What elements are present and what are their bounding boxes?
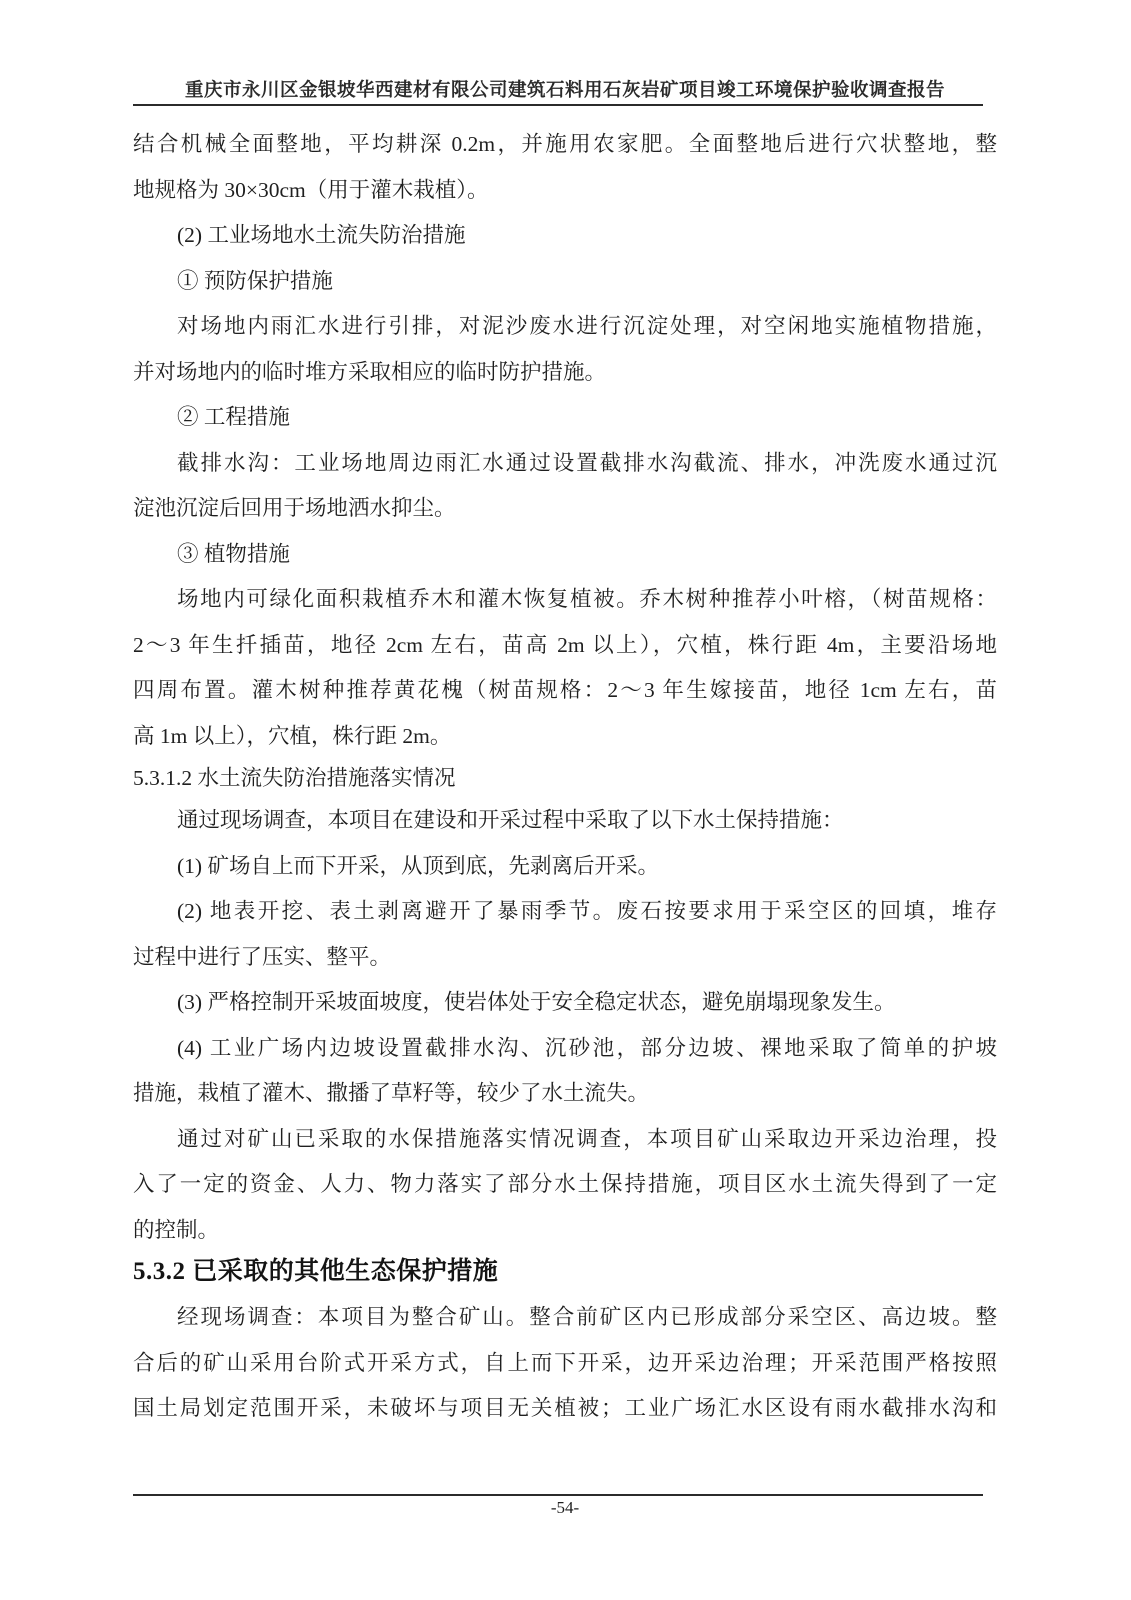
text-line: (3) 严格控制开采坡面坡度，使岩体处于安全稳定状态，避免崩塌现象发生。	[133, 980, 997, 1026]
text-line: 过程中进行了压实、整平。	[133, 935, 997, 981]
text-line: 结合机械全面整地，平均耕深 0.2m，并施用农家肥。全面整地后进行穴状整地，整	[133, 122, 997, 168]
text-line: ② 工程措施	[133, 395, 997, 441]
header-title: 重庆市永川区金银坡华西建材有限公司建筑石料用石灰岩矿项目竣工环境保护验收调查报告	[133, 78, 997, 104]
text-line: 四周布置。灌木树种推荐黄花槐（树苗规格：2～3 年生嫁接苗，地径 1cm 左右，…	[133, 668, 997, 714]
text-line: ① 预防保护措施	[133, 259, 997, 305]
text-line: 入了一定的资金、人力、物力落实了部分水土保持措施，项目区水土流失得到了一定	[133, 1162, 997, 1208]
text-line: 2～3 年生扦插苗，地径 2cm 左右，苗高 2m 以上），穴植，株行距 4m，…	[133, 623, 997, 669]
text-line: (2) 地表开挖、表土剥离避开了暴雨季节。废石按要求用于采空区的回填，堆存	[133, 889, 997, 935]
page-header: 重庆市永川区金银坡华西建材有限公司建筑石料用石灰岩矿项目竣工环境保护验收调查报告	[133, 78, 997, 104]
text-line: 并对场地内的临时堆方采取相应的临时防护措施。	[133, 350, 997, 396]
text-line: 的控制。	[133, 1208, 997, 1254]
text-line: 对场地内雨汇水进行引排，对泥沙废水进行沉淀处理，对空闲地实施植物措施，	[133, 304, 997, 350]
section-heading: 5.3.2 已采取的其他生态保护措施	[133, 1251, 997, 1293]
text-line: (4) 工业广场内边坡设置截排水沟、沉砂池，部分边坡、裸地采取了简单的护坡	[133, 1026, 997, 1072]
text-line: 通过对矿山已采取的水保措施落实情况调查，本项目矿山采取边开采边治理，投	[133, 1117, 997, 1163]
text-line: 淀池沉淀后回用于场地洒水抑尘。	[133, 486, 997, 532]
text-line: 通过现场调查，本项目在建设和开采过程中采取了以下水土保持措施：	[133, 798, 997, 844]
text-line: 经现场调查：本项目为整合矿山。整合前矿区内已形成部分采空区、高边坡。整	[133, 1295, 997, 1341]
text-line: 地规格为 30×30cm（用于灌木栽植）。	[133, 168, 997, 214]
text-line: ③ 植物措施	[133, 532, 997, 578]
text-line: 场地内可绿化面积栽植乔木和灌木恢复植被。乔木树种推荐小叶榕，（树苗规格：	[133, 577, 997, 623]
header-rule	[133, 104, 983, 106]
document-page: 重庆市永川区金银坡华西建材有限公司建筑石料用石灰岩矿项目竣工环境保护验收调查报告…	[0, 0, 1131, 1600]
text-line: 截排水沟：工业场地周边雨汇水通过设置截排水沟截流、排水，冲洗废水通过沉	[133, 441, 997, 487]
document-body: 结合机械全面整地，平均耕深 0.2m，并施用农家肥。全面整地后进行穴状整地，整地…	[133, 122, 997, 1432]
text-line: 合后的矿山采用台阶式开采方式，自上而下开采，边开采边治理；开采范围严格按照	[133, 1341, 997, 1387]
text-line: (2) 工业场地水土流失防治措施	[133, 213, 997, 259]
text-line: (1) 矿场自上而下开采，从顶到底，先剥离后开采。	[133, 844, 997, 890]
page-number: -54-	[133, 1497, 997, 1519]
text-line: 措施，栽植了灌木、撒播了草籽等，较少了水土流失。	[133, 1071, 997, 1117]
section-heading: 5.3.1.2 水土流失防治措施落实情况	[133, 759, 997, 798]
footer-rule	[133, 1494, 983, 1496]
text-line: 国土局划定范围开采，未破坏与项目无关植被；工业广场汇水区设有雨水截排水沟和	[133, 1386, 997, 1432]
text-line: 高 1m 以上），穴植，株行距 2m。	[133, 714, 997, 760]
